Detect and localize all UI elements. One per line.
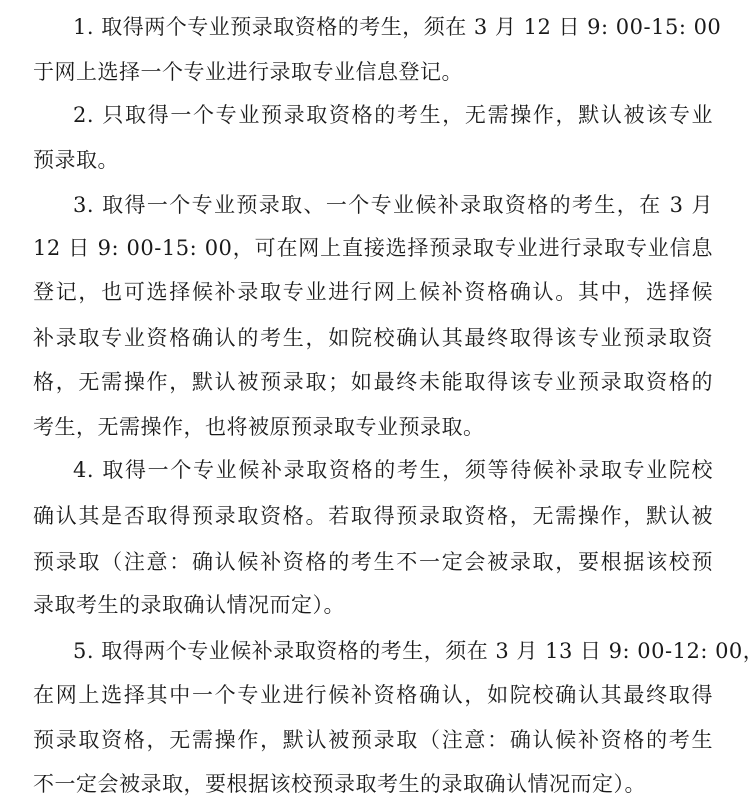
paragraph-line: 12 日 9: 00-15: 00，可在网上直接选择预录取专业进行录取专业信息 — [33, 233, 713, 263]
paragraph-line: 1. 取得两个专业预录取资格的考生，须在 3 月 12 日 9: 00-15: … — [73, 12, 713, 42]
paragraph-line: 3. 取得一个专业预录取、一个专业候补录取资格的考生，在 3 月 — [73, 190, 713, 220]
paragraph-line: 登记，也可选择候补录取专业进行网上候补资格确认。其中，选择候 — [33, 277, 713, 307]
paragraph-line: 不一定会被录取，要根据该校预录取考生的录取确认情况而定）。 — [33, 769, 713, 799]
paragraph-line: 预录取。 — [33, 145, 713, 175]
document-page: 1. 取得两个专业预录取资格的考生，须在 3 月 12 日 9: 00-15: … — [0, 0, 748, 808]
paragraph-line: 2. 只取得一个专业预录取资格的考生，无需操作，默认被该专业 — [73, 100, 713, 130]
paragraph-line: 补录取专业资格确认的考生，如院校确认其最终取得该专业预录取资 — [33, 323, 713, 353]
paragraph-line: 4. 取得一个专业候补录取资格的考生，须等待候补录取专业院校 — [73, 455, 713, 485]
paragraph-line: 录取考生的录取确认情况而定）。 — [33, 590, 713, 620]
paragraph-line: 格，无需操作，默认被预录取；如最终未能取得该专业预录取资格的 — [33, 367, 713, 397]
paragraph-line: 于网上选择一个专业进行录取专业信息登记。 — [33, 57, 713, 87]
paragraph-line: 确认其是否取得预录取资格。若取得预录取资格，无需操作，默认被 — [33, 501, 713, 531]
paragraph-line: 5. 取得两个专业候补录取资格的考生，须在 3 月 13 日 9: 00-12:… — [73, 636, 713, 666]
paragraph-line: 预录取（注意：确认候补资格的考生不一定会被录取，要根据该校预 — [33, 547, 713, 577]
paragraph-line: 考生，无需操作，也将被原预录取专业预录取。 — [33, 412, 713, 442]
paragraph-line: 在网上选择其中一个专业进行候补资格确认，如院校确认其最终取得 — [33, 680, 713, 710]
paragraph-line: 预录取资格，无需操作，默认被预录取（注意：确认候补资格的考生 — [33, 725, 713, 755]
